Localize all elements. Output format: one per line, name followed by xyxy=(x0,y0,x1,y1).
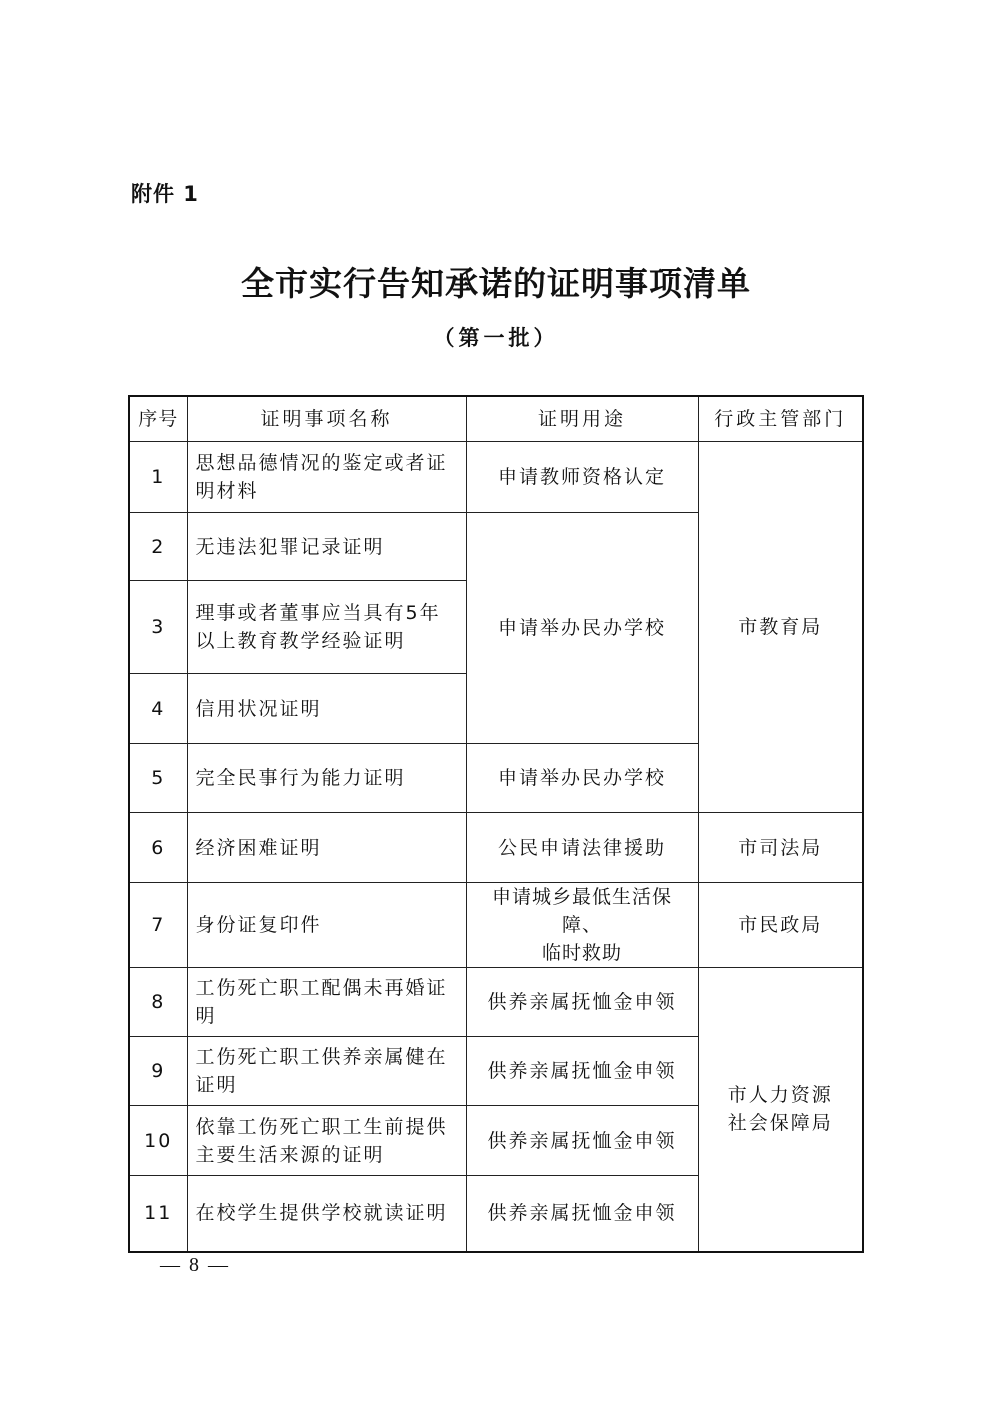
header-name: 证明事项名称 xyxy=(187,396,466,442)
row-no: 3 xyxy=(129,581,187,674)
row-dept: 市民政局 xyxy=(698,883,863,968)
row-use-merged: 申请举办民办学校 xyxy=(466,513,698,744)
row-use-line1: 申请城乡最低生活保障、 xyxy=(475,883,690,939)
row-no: 10 xyxy=(129,1106,187,1176)
row-name: 在校学生提供学校就读证明 xyxy=(187,1176,466,1252)
table-row: 7 身份证复印件 申请城乡最低生活保障、 临时救助 市民政局 xyxy=(129,883,863,968)
row-dept-merged: 市人力资源 社会保障局 xyxy=(698,968,863,1252)
row-no: 11 xyxy=(129,1176,187,1252)
row-dept: 市司法局 xyxy=(698,813,863,883)
row-use-line2: 临时救助 xyxy=(475,939,690,967)
row-name: 经济困难证明 xyxy=(187,813,466,883)
row-use: 申请教师资格认定 xyxy=(466,442,698,513)
row-use: 供养亲属抚恤金申领 xyxy=(466,968,698,1037)
row-name: 无违法犯罪记录证明 xyxy=(187,513,466,581)
row-name: 身份证复印件 xyxy=(187,883,466,968)
row-no: 6 xyxy=(129,813,187,883)
row-name: 完全民事行为能力证明 xyxy=(187,744,466,813)
table-row: 1 思想品德情况的鉴定或者证明材料 申请教师资格认定 市教育局 xyxy=(129,442,863,513)
table-row: 8 工伤死亡职工配偶未再婚证明 供养亲属抚恤金申领 市人力资源 社会保障局 xyxy=(129,968,863,1037)
row-no: 2 xyxy=(129,513,187,581)
header-no: 序号 xyxy=(129,396,187,442)
page-title: 全市实行告知承诺的证明事项清单 xyxy=(0,258,992,305)
row-name: 思想品德情况的鉴定或者证明材料 xyxy=(187,442,466,513)
page-number: — 8 — xyxy=(160,1254,230,1277)
row-dept-merged: 市教育局 xyxy=(698,442,863,813)
row-use: 公民申请法律援助 xyxy=(466,813,698,883)
row-no: 4 xyxy=(129,674,187,744)
attachment-label: 附件 1 xyxy=(131,178,199,208)
row-no: 9 xyxy=(129,1037,187,1106)
page-subtitle: （第一批） xyxy=(0,322,992,352)
row-use: 供养亲属抚恤金申领 xyxy=(466,1176,698,1252)
header-dept: 行政主管部门 xyxy=(698,396,863,442)
row-name: 依靠工伤死亡职工生前提供主要生活来源的证明 xyxy=(187,1106,466,1176)
dept-line1: 市人力资源 xyxy=(707,1081,855,1109)
row-name: 工伤死亡职工供养亲属健在证明 xyxy=(187,1037,466,1106)
row-use-multiline: 申请城乡最低生活保障、 临时救助 xyxy=(466,883,698,968)
row-use: 供养亲属抚恤金申领 xyxy=(466,1037,698,1106)
row-use: 申请举办民办学校 xyxy=(466,744,698,813)
row-name: 工伤死亡职工配偶未再婚证明 xyxy=(187,968,466,1037)
row-no: 5 xyxy=(129,744,187,813)
row-use: 供养亲属抚恤金申领 xyxy=(466,1106,698,1176)
row-no: 1 xyxy=(129,442,187,513)
header-use: 证明用途 xyxy=(466,396,698,442)
table-row: 6 经济困难证明 公民申请法律援助 市司法局 xyxy=(129,813,863,883)
row-no: 7 xyxy=(129,883,187,968)
row-name: 信用状况证明 xyxy=(187,674,466,744)
table-header-row: 序号 证明事项名称 证明用途 行政主管部门 xyxy=(129,396,863,442)
row-name: 理事或者董事应当具有5年以上教育教学经验证明 xyxy=(187,581,466,674)
dept-line2: 社会保障局 xyxy=(707,1109,855,1137)
row-no: 8 xyxy=(129,968,187,1037)
certificate-list-table: 序号 证明事项名称 证明用途 行政主管部门 1 思想品德情况的鉴定或者证明材料 … xyxy=(128,395,864,1253)
